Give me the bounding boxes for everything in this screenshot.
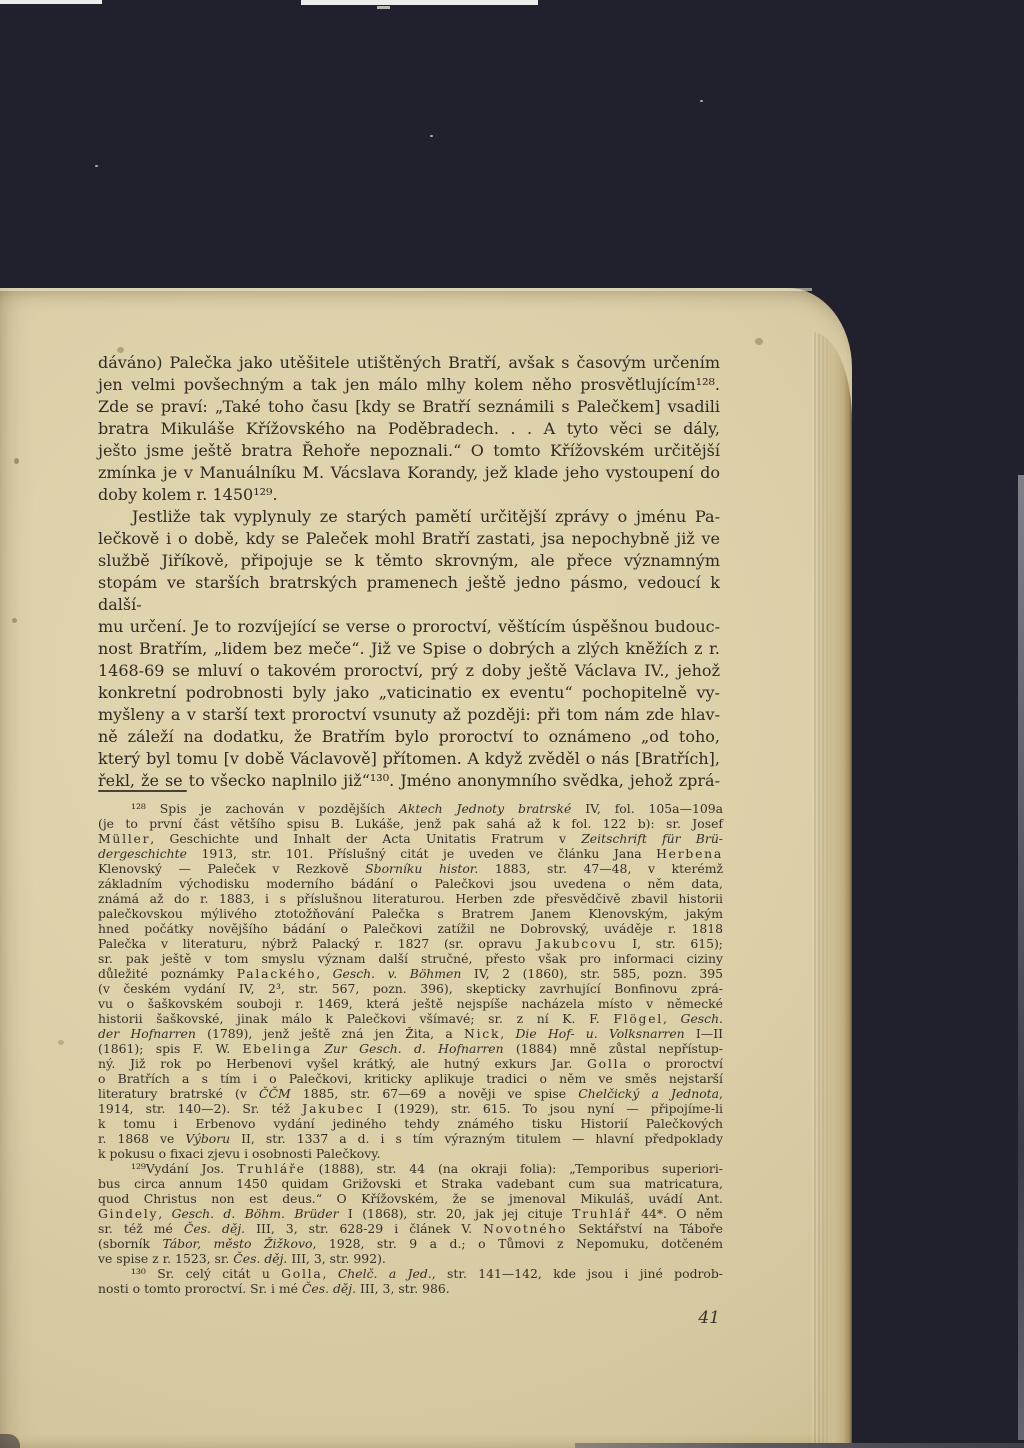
page-number: 41 [98, 1308, 720, 1328]
scanned-book-photo: dáváno) Palečka jako utěšitele utištěnýc… [0, 0, 1024, 1448]
text-line: bus circa annum 1450 quidam Grižovski et… [98, 1176, 723, 1191]
text-line: literatury bratrské (v ČČM 1885, str. 67… [98, 1086, 723, 1101]
text-line: 1468-69 se mluví o takovém proroctví, pr… [98, 660, 720, 682]
text-line: ¹²⁹Vydání Jos. Truhláře (1888), str. 44 … [98, 1161, 723, 1176]
paragraph: ¹²⁹Vydání Jos. Truhláře (1888), str. 44 … [98, 1161, 723, 1266]
scanner-edge-artifact [301, 0, 538, 5]
foxing-speck [12, 618, 17, 623]
foxing-speck [14, 458, 19, 464]
text-line: zmínka je v Manuálníku M. Vácslava Koran… [98, 462, 720, 484]
text-line: (sborník Tábor, město Žižkovo, 1928, str… [98, 1236, 723, 1251]
text-line: myšleny a v starší text proroctví vsunut… [98, 704, 720, 726]
text-line: Müller, Geschichte und Inhalt der Acta U… [98, 831, 723, 846]
text-line: jen velmi povšechným a tak jen málo mlhy… [98, 374, 720, 396]
text-line: ješto jsme ještě bratra Řehoře nepoznali… [98, 440, 720, 462]
footnotes: ¹²⁸ Spis je zachován v pozdějších Aktech… [98, 801, 723, 1296]
text-line: 1914, str. 140—2). Sr. též Jakubec I (19… [98, 1101, 723, 1116]
text-line: (je to první část většího spisu B. Lukáš… [98, 816, 723, 831]
body-text: dáváno) Palečka jako utěšitele utištěnýc… [98, 352, 720, 792]
scanner-edge-artifact [1018, 475, 1024, 1440]
text-line: sr. pak ještě v tom smyslu význam další … [98, 951, 723, 966]
paragraph: dáváno) Palečka jako utěšitele utištěnýc… [98, 352, 720, 506]
foxing-speck [58, 1040, 64, 1045]
text-line: ve spise z r. 1523, sr. Čes. děj. III, 3… [98, 1251, 723, 1266]
text-line: doby kolem r. 1450¹²⁹. [98, 484, 720, 506]
text-line: der Hofnarren (1789), jenž ještě zná jen… [98, 1026, 723, 1041]
text-line: vu o šaškovském souboji r. 1469, která j… [98, 996, 723, 1011]
dust-speck [95, 165, 98, 167]
paragraph: Jestliže tak vyplynuly ze starých pamětí… [98, 506, 720, 792]
text-line: ¹³⁰ Sr. celý citát u Golla, Chelč. a Jed… [98, 1266, 723, 1281]
text-line: dáváno) Palečka jako utěšitele utištěnýc… [98, 352, 720, 374]
text-line: palečkovskou mýlivého ztotožňování Paleč… [98, 906, 723, 921]
scanner-edge-artifact [377, 6, 390, 9]
text-line: Gindely, Gesch. d. Böhm. Brüder I (1868)… [98, 1206, 723, 1221]
text-line: sr. též mé Čes. děj. III, 3, str. 628-29… [98, 1221, 723, 1236]
scanner-edge-artifact [575, 1443, 1024, 1448]
page-fore-edge [812, 332, 852, 1448]
book-page: dáváno) Palečka jako utěšitele utištěnýc… [0, 288, 852, 1448]
paragraph: ¹³⁰ Sr. celý citát u Golla, Chelč. a Jed… [98, 1266, 723, 1296]
text-line: hned počátky novějšího bádání o Palečkov… [98, 921, 723, 936]
text-line: ně záleží na dodatku, že Bratřím bylo pr… [98, 726, 720, 748]
text-line: konkretní podrobnosti byly jako „vaticin… [98, 682, 720, 704]
text-line: Klenovský — Paleček v Rezkově Sborníku h… [98, 861, 723, 876]
text-line: r. 1868 ve Výboru II, str. 1337 a d. i s… [98, 1131, 723, 1146]
text-line: historii šaškovské, jinak málo k Palečko… [98, 1011, 723, 1026]
text-line: k tomu i Erbenovo vydání jediného tehdy … [98, 1116, 723, 1131]
text-line: k pokusu o fixaci zjevu i osobnosti Pale… [98, 1146, 723, 1161]
scanner-edge-artifact [0, 0, 102, 4]
text-line: známá až do r. 1883, i s příslušnou lite… [98, 891, 723, 906]
text-line: který byl tomu [v době Václavově] přítom… [98, 748, 720, 770]
text-line: Zde se praví: „Také toho času [kdy se Br… [98, 396, 720, 418]
text-line: o Bratřích a s tím i o Palečkovi, kritic… [98, 1071, 723, 1086]
text-line: službě Jiříkově, připojuje se k těmto sk… [98, 550, 720, 572]
text-line: Jestliže tak vyplynuly ze starých pamětí… [98, 506, 720, 528]
footnote-divider [98, 790, 187, 792]
text-line: řekl, že se to všecko naplnilo již“¹³⁰. … [98, 770, 720, 792]
text-line: nosti o tomto proroctví. Sr. i mé Čes. d… [98, 1281, 723, 1296]
dust-speck [700, 100, 703, 102]
text-line: (1861); spis F. W. Ebelinga Zur Gesch. d… [98, 1041, 723, 1056]
text-line: (v českém vydání IV, 2³, str. 567, pozn.… [98, 981, 723, 996]
text-line: stopám ve starších bratrských pramenech … [98, 572, 720, 616]
text-line: dergeschichte 1913, str. 101. Příslušný … [98, 846, 723, 861]
foxing-speck [755, 338, 763, 345]
text-line: bratra Mikuláše Křížovského na Poděbrade… [98, 418, 720, 440]
paragraph: ¹²⁸ Spis je zachován v pozdějších Aktech… [98, 801, 723, 1161]
text-line: základním východisku moderního bádání o … [98, 876, 723, 891]
text-line: mu určení. Je to rozvíjející se verse o … [98, 616, 720, 638]
text-line: nost Bratřím, „lidem bez meče“. Již ve S… [98, 638, 720, 660]
text-line: Palečka v literaturu, nýbrž Palacký r. 1… [98, 936, 723, 951]
text-line: lečkově i o době, kdy se Paleček mohl Br… [98, 528, 720, 550]
text-line: quod Christus non est deus.“ O Křížovské… [98, 1191, 723, 1206]
dust-speck [430, 135, 433, 137]
text-line: ný. Již rok po Herbenovi vyšel krátký, a… [98, 1056, 723, 1071]
text-line: ¹²⁸ Spis je zachován v pozdějších Aktech… [98, 801, 723, 816]
text-line: důležité poznámky Palackého, Gesch. v. B… [98, 966, 723, 981]
